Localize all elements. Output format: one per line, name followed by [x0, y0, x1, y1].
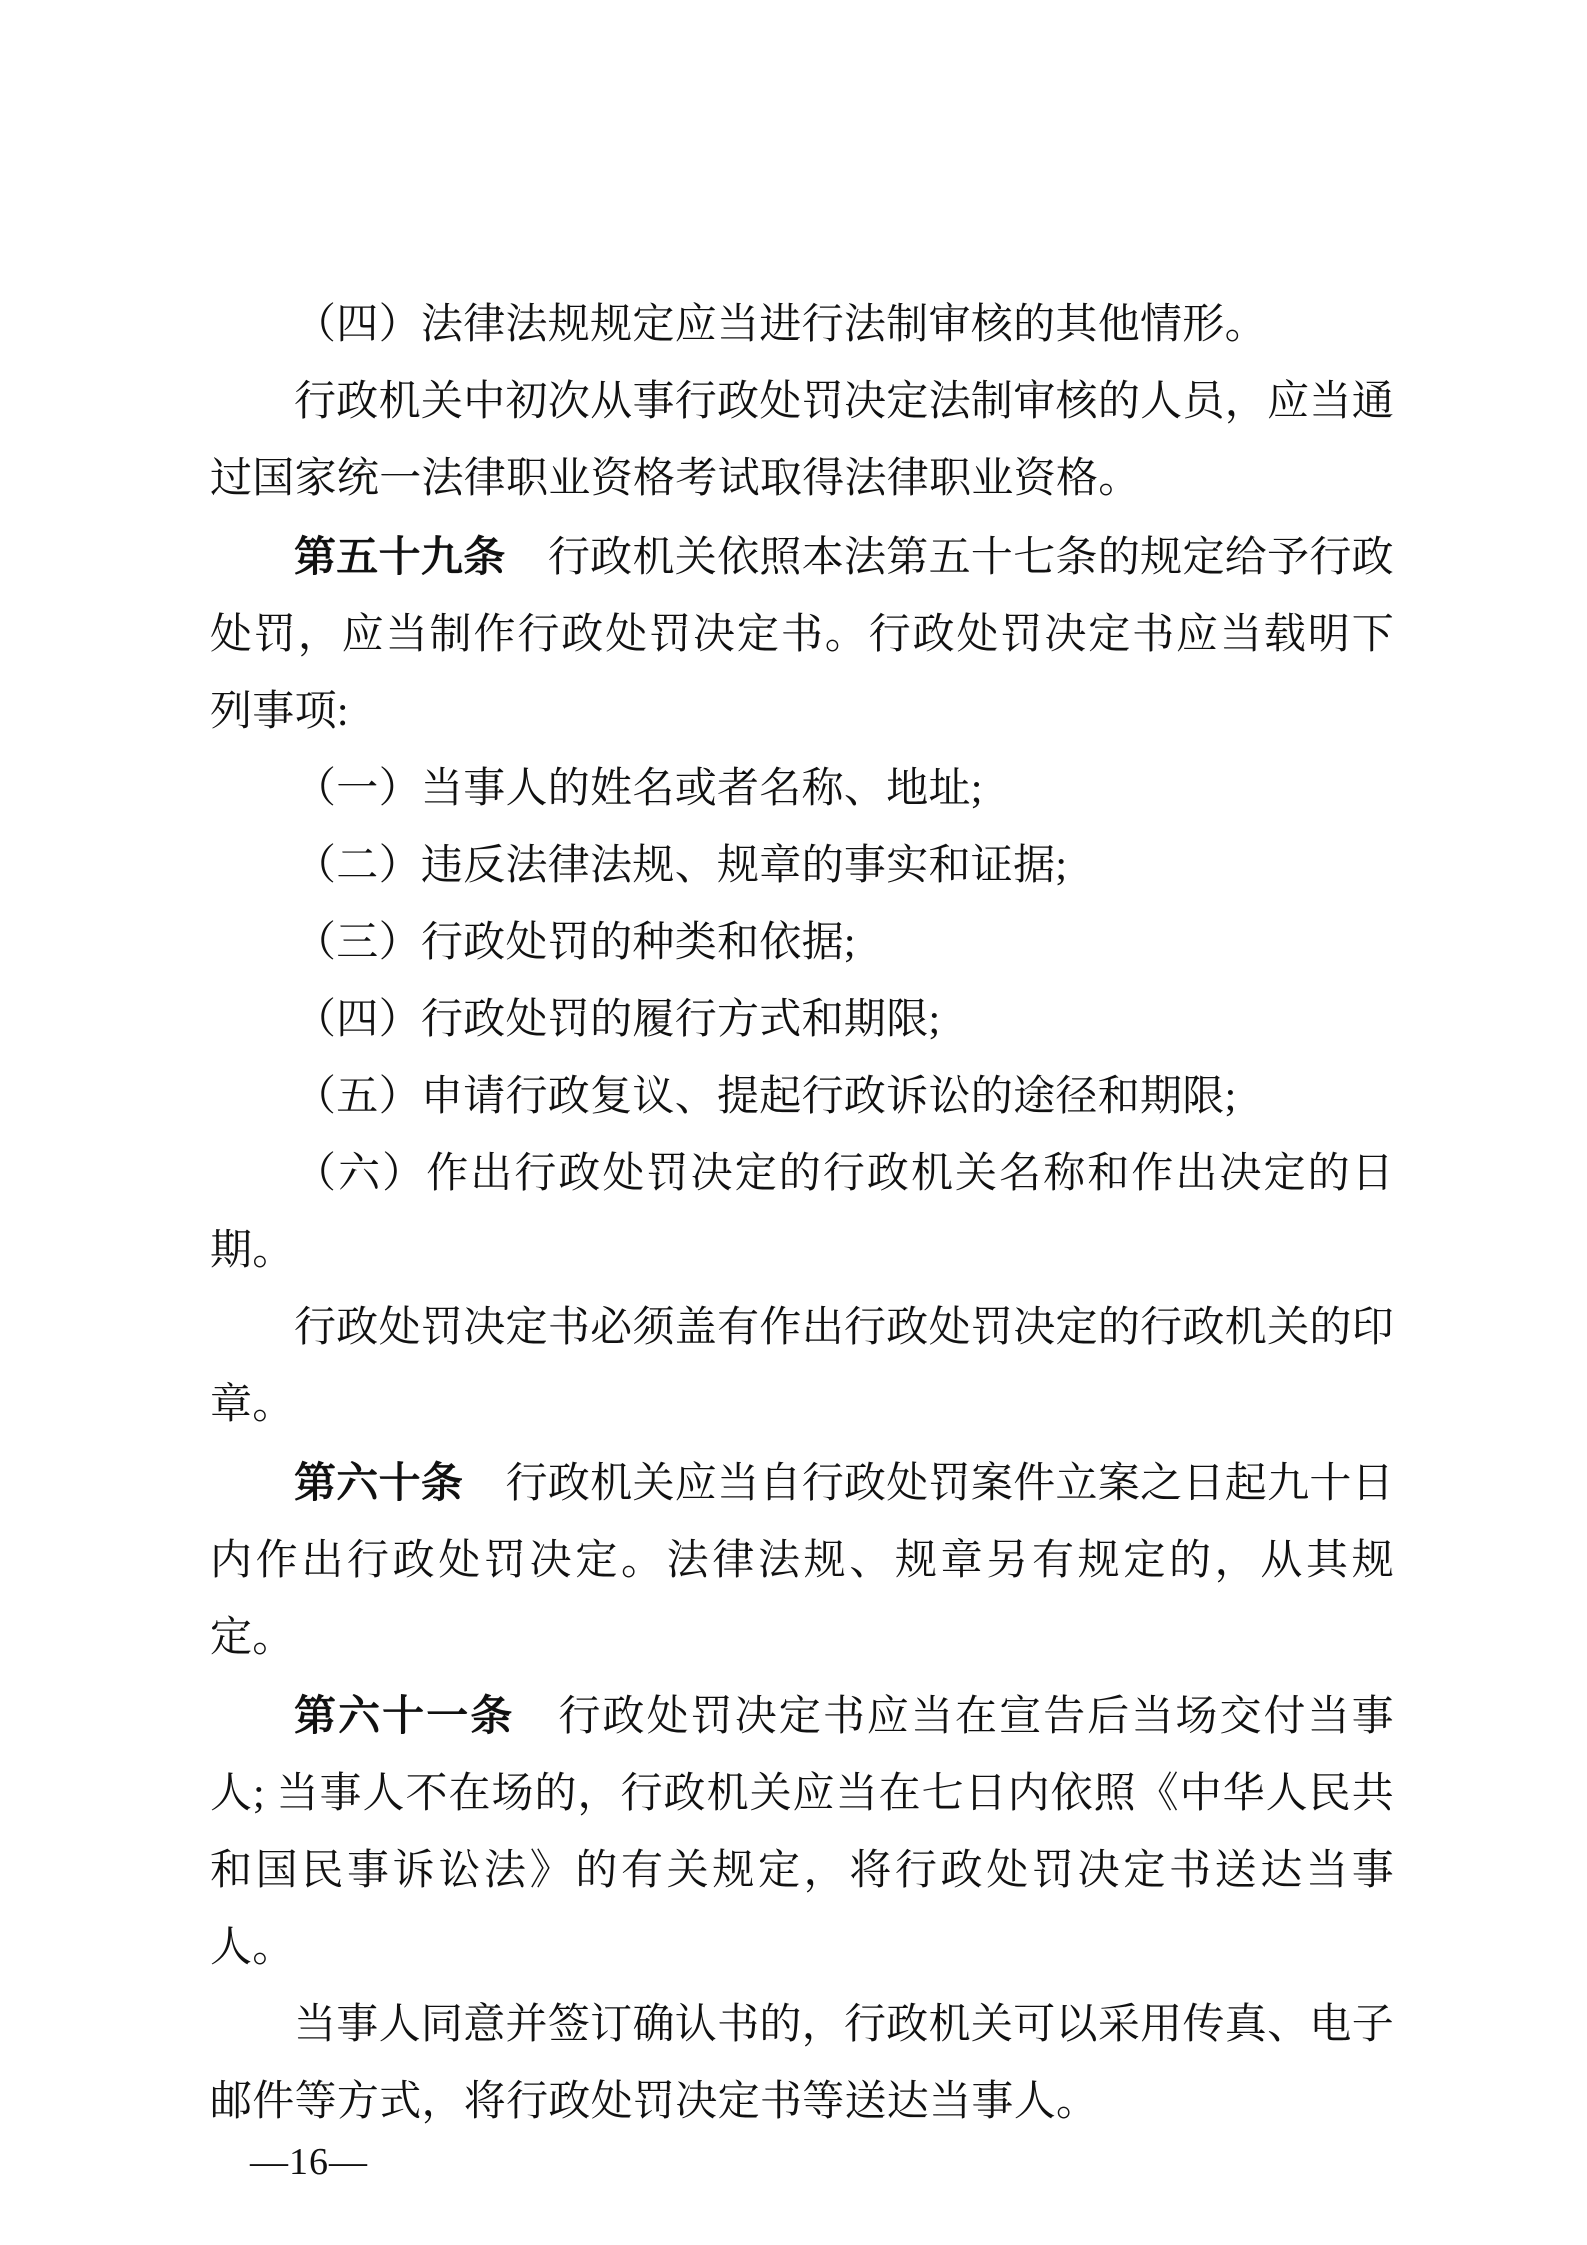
paragraph: （三）行政处罚的种类和依据;	[210, 905, 1394, 982]
paragraph: 行政机关中初次从事行政处罚决定法制审核的人员，应当通过国家统一法律职业资格考试取…	[210, 364, 1394, 518]
text-run: （四）法律法规规定应当进行法制审核的其他情形。	[294, 302, 1267, 348]
page-number: —16—	[250, 2140, 368, 2184]
text-run: （四）行政处罚的履行方式和期限;	[294, 997, 940, 1043]
document-body: （四）法律法规规定应当进行法制审核的其他情形。行政机关中初次从事行政处罚决定法制…	[210, 287, 1394, 2141]
text-run: （六）作出行政处罚决定的行政机关名称和作出决定的日期。	[210, 1151, 1394, 1274]
text-run: （三）行政处罚的种类和依据;	[294, 920, 856, 966]
paragraph: （四）行政处罚的履行方式和期限;	[210, 982, 1394, 1059]
text-run: 行政机关中初次从事行政处罚决定法制审核的人员，应当通过国家统一法律职业资格考试取…	[210, 379, 1394, 502]
paragraph: 行政处罚决定书必须盖有作出行政处罚决定的行政机关的印章。	[210, 1290, 1394, 1444]
article-number: 第六十条	[294, 1459, 463, 1506]
paragraph: （一）当事人的姓名或者名称、地址;	[210, 751, 1394, 828]
article-number: 第六十一条	[294, 1692, 514, 1739]
paragraph: （二）违反法律法规、规章的事实和证据;	[210, 828, 1394, 905]
paragraph: （六）作出行政处罚决定的行政机关名称和作出决定的日期。	[210, 1136, 1394, 1290]
text-run: （一）当事人的姓名或者名称、地址;	[294, 766, 983, 812]
paragraph: 当事人同意并签订确认书的，行政机关可以采用传真、电子邮件等方式，将行政处罚决定书…	[210, 1987, 1394, 2141]
paragraph: （四）法律法规规定应当进行法制审核的其他情形。	[210, 287, 1394, 364]
paragraph: （五）申请行政复议、提起行政诉讼的途径和期限;	[210, 1059, 1394, 1136]
document-page: （四）法律法规规定应当进行法制审核的其他情形。行政机关中初次从事行政处罚决定法制…	[0, 0, 1587, 2245]
paragraph: 第六十一条 行政处罚决定书应当在宣告后当场交付当事人; 当事人不在场的，行政机关…	[210, 1677, 1394, 1987]
text-run: （二）违反法律法规、规章的事实和证据;	[294, 843, 1067, 889]
paragraph: 第六十条 行政机关应当自行政处罚案件立案之日起九十日内作出行政处罚决定。法律法规…	[210, 1444, 1394, 1677]
article-number: 第五十九条	[294, 533, 506, 580]
text-run: （五）申请行政复议、提起行政诉讼的途径和期限;	[294, 1074, 1237, 1120]
text-run: 行政处罚决定书必须盖有作出行政处罚决定的行政机关的印章。	[210, 1305, 1394, 1428]
text-run: 当事人同意并签订确认书的，行政机关可以采用传真、电子邮件等方式，将行政处罚决定书…	[210, 2002, 1394, 2125]
paragraph: 第五十九条 行政机关依照本法第五十七条的规定给予行政处罚，应当制作行政处罚决定书…	[210, 518, 1394, 751]
